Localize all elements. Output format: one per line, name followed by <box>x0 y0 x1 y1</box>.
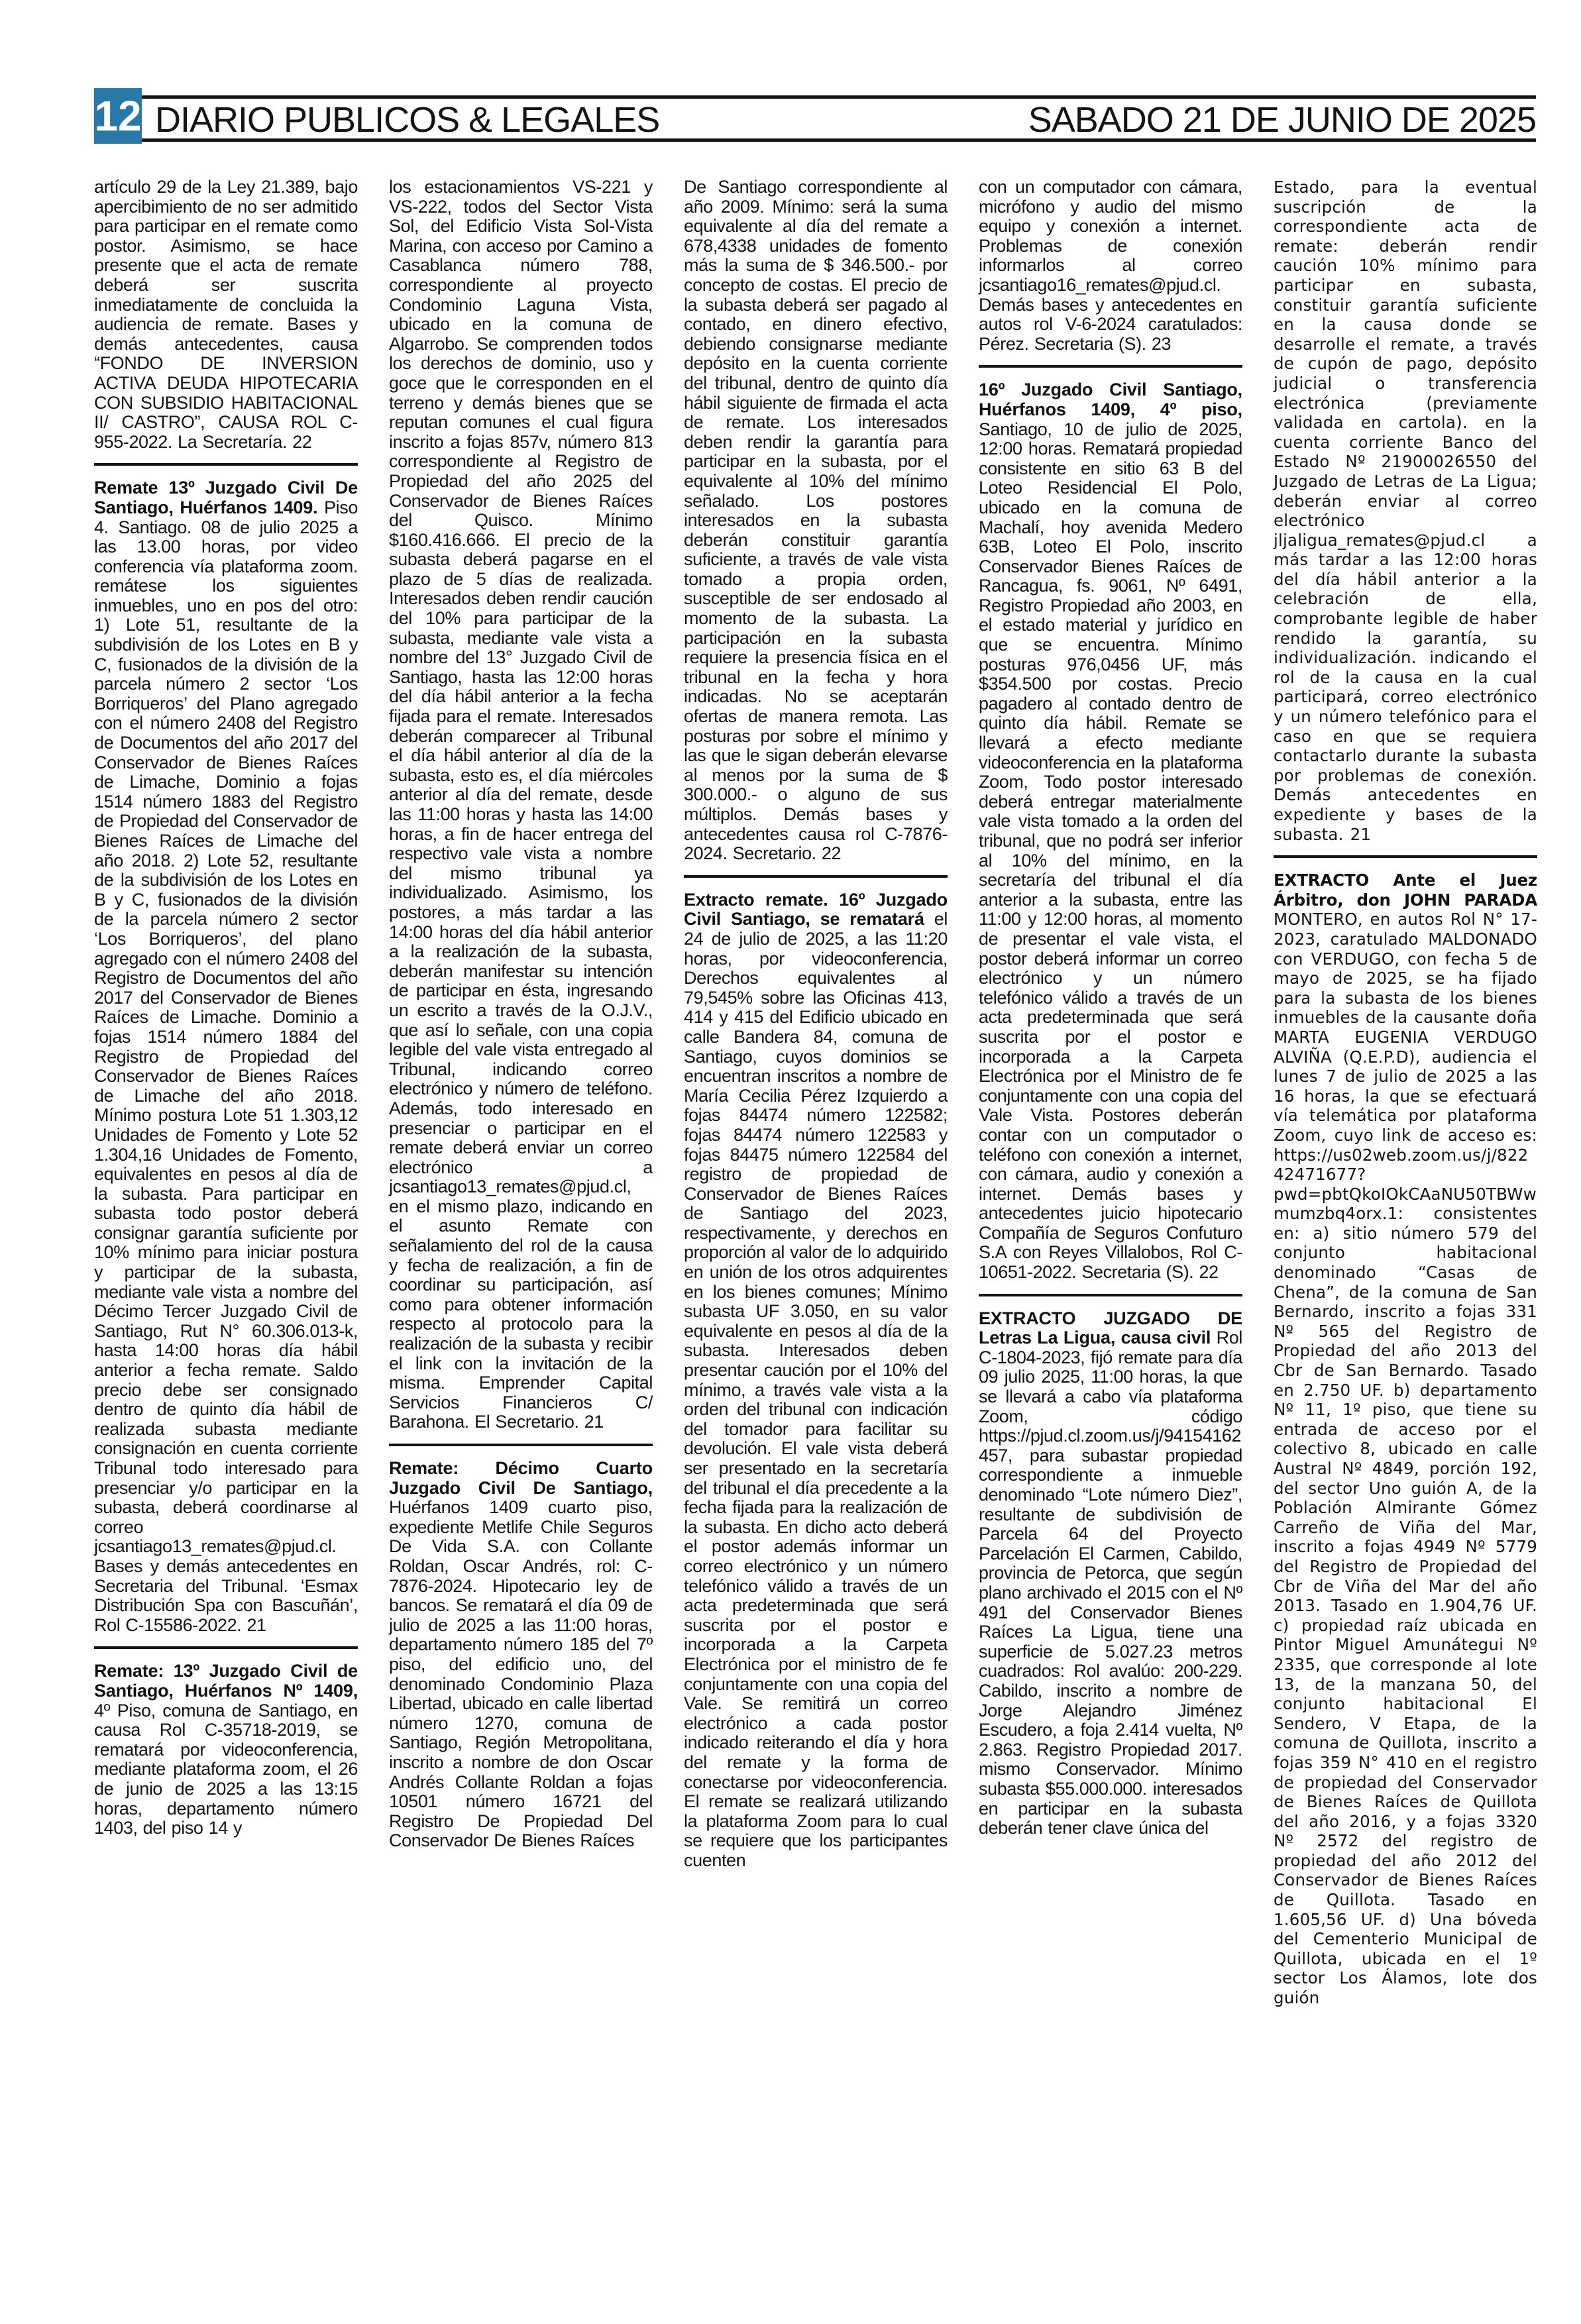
legal-notice: Extracto remate. 16º Juzgado Civil Santi… <box>684 890 948 1871</box>
page-number: 12 <box>94 91 141 140</box>
column-1: artículo 29 de la Ley 21.389, bajo aperc… <box>94 178 358 1838</box>
legal-notice: 16º Juzgado Civil Santiago, Huérfanos 14… <box>979 380 1242 1282</box>
notice-separator <box>389 1444 653 1446</box>
newspaper-title: DIARIO PUBLICOS & LEGALES <box>155 99 659 136</box>
column-2: los estacionamientos VS-221 y VS-222, to… <box>389 178 653 1851</box>
masthead-rule-top <box>94 95 1536 99</box>
notice-separator <box>979 1294 1242 1296</box>
legal-notice: EXTRACTO Ante el Juez Árbitro, don JOHN … <box>1274 871 1537 2007</box>
legal-notice-continuation: Estado, para la eventual suscripción de … <box>1274 178 1537 844</box>
notice-heading: Remate: Décimo Cuarto Juzgado Civil De S… <box>389 1458 653 1498</box>
legal-notice: Remate: Décimo Cuarto Juzgado Civil De S… <box>389 1459 653 1851</box>
notice-heading: Extracto remate. 16º Juzgado Civil Santi… <box>684 890 948 929</box>
legal-notice: EXTRACTO JUZGADO DE Letras La Ligua, cau… <box>979 1309 1242 1838</box>
edition-date: SABADO 21 DE JUNIO DE 2025 <box>1028 99 1536 136</box>
legal-notice-continuation: De Santiago correspondiente al año 2009.… <box>684 178 948 864</box>
column-4: con un computador con cámara, micrófono … <box>979 178 1242 1838</box>
notice-heading: Remate 13º Juzgado Civil De Santiago, Hu… <box>94 478 358 517</box>
legal-notice-continuation: con un computador con cámara, micrófono … <box>979 178 1242 354</box>
legal-notice: Remate 13º Juzgado Civil De Santiago, Hu… <box>94 478 358 1635</box>
notice-heading: 16º Juzgado Civil Santiago, Huérfanos 14… <box>979 380 1242 419</box>
notice-separator <box>1274 855 1537 858</box>
notice-heading: EXTRACTO JUZGADO DE Letras La Ligua, cau… <box>979 1308 1242 1348</box>
newspaper-page: { "colors": { "accent": "#2878a8", "rule… <box>0 0 1581 2324</box>
legal-notice: Remate: 13º Juzgado Civil de Santiago, H… <box>94 1662 358 1838</box>
notice-separator <box>979 365 1242 368</box>
columns: artículo 29 de la Ley 21.389, bajo aperc… <box>94 178 1536 2008</box>
legal-notice-continuation: los estacionamientos VS-221 y VS-222, to… <box>389 178 653 1432</box>
notice-separator <box>94 1646 358 1649</box>
notice-separator <box>94 463 358 466</box>
column-5: Estado, para la eventual suscripción de … <box>1274 178 1537 2008</box>
legal-notice-continuation: artículo 29 de la Ley 21.389, bajo aperc… <box>94 178 358 452</box>
column-3: De Santiago correspondiente al año 2009.… <box>684 178 948 1870</box>
notice-heading: Remate: 13º Juzgado Civil de Santiago, H… <box>94 1661 358 1701</box>
notice-separator <box>684 875 948 878</box>
notice-heading: EXTRACTO Ante el Juez Árbitro, don JOHN … <box>1274 871 1537 910</box>
page-number-badge: 12 <box>94 88 142 144</box>
